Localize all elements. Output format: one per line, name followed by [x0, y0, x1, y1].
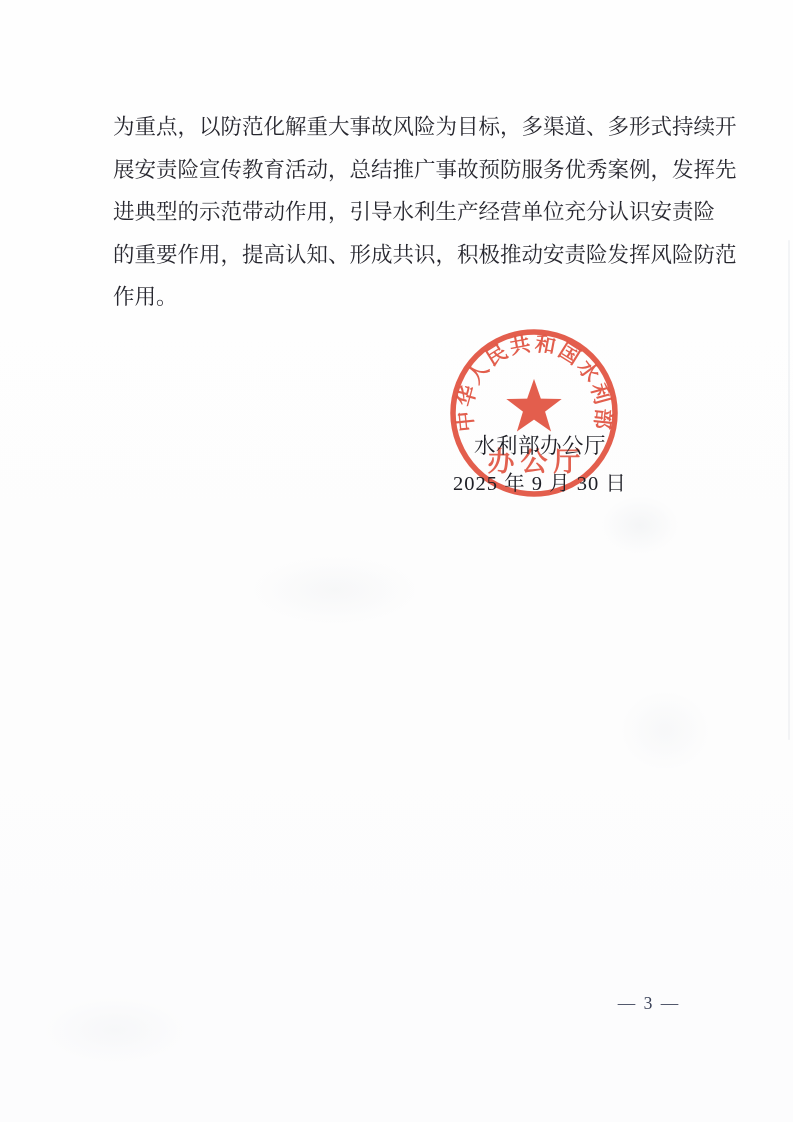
signature-org: 水利部办公厅	[474, 429, 606, 460]
scan-smudge	[250, 555, 420, 625]
signature-date: 2025 年 9 月 30 日	[453, 466, 627, 496]
star-icon	[506, 379, 561, 432]
scan-smudge	[40, 995, 190, 1065]
body-line: 的重要作用，提高认知、形成共识，积极推动安责险发挥风险防范	[113, 234, 711, 277]
body-line: 进典型的示范带动作用，引导水利生产经营单位充分认识安责险	[113, 191, 711, 234]
body-line: 作用。	[113, 276, 711, 319]
document-page: 为重点，以防范化解重大事故风险为目标，多渠道、多形式持续开 展安责险宣传教育活动…	[0, 0, 793, 1122]
body-line: 为重点，以防范化解重大事故风险为目标，多渠道、多形式持续开	[113, 106, 711, 149]
scan-smudge	[600, 495, 680, 555]
body-paragraph: 为重点，以防范化解重大事故风险为目标，多渠道、多形式持续开 展安责险宣传教育活动…	[113, 106, 711, 319]
body-line: 展安责险宣传教育活动，总结推广事故预防服务优秀案例，发挥先	[113, 149, 711, 192]
scan-smudge	[620, 690, 710, 770]
page-number: — 3 —	[607, 993, 691, 1014]
scan-edge-artifact	[788, 240, 790, 740]
